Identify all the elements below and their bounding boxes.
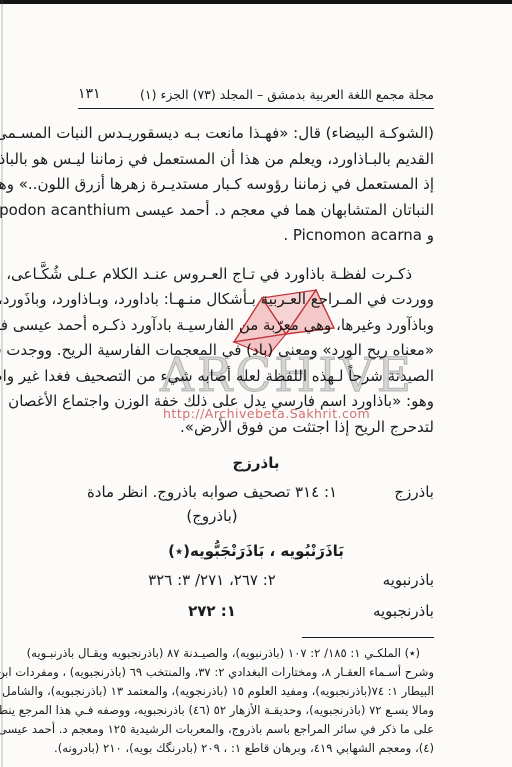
- text-line: ووردت في المـراجع العـربية بـأشكال منـهـ…: [78, 287, 434, 313]
- footnote-line: ومالا يسـع ٧٢ (باذرنجبويه)، وحديقـة الأز…: [78, 701, 434, 720]
- journal-title: مجلة مجمع اللغة العربية بدمشق – المجلد (…: [140, 87, 434, 102]
- text-line: القديم بالبـاذاورد، ويعلم من هذا أن المس…: [78, 147, 434, 173]
- page-number: ١٣١: [78, 86, 101, 102]
- footnote-line: البيطار ١: ٧٤(باذرنجبويه)، ومفيد العلوم …: [78, 682, 434, 701]
- text-line: الصيدنة شرحاً لـهذه اللفظة لعله أصابه شي…: [78, 364, 434, 390]
- scanned-document-page: مجلة مجمع اللغة العربية بدمشق – المجلد (…: [0, 0, 512, 767]
- paragraph-2: ذكـرت لفظـة باذاورد في تـاج العـروس عنـد…: [78, 262, 434, 441]
- footnote-line: على ما ذكر في سائر المراجع باسم باذروج، …: [78, 720, 434, 739]
- text-line: ذكـرت لفظـة باذاورد في تـاج العـروس عنـد…: [78, 262, 434, 288]
- text-line: النباتان المتشابهان هما في معجم د. أحمد …: [78, 198, 434, 224]
- entry-term: باذرنبويه: [346, 568, 434, 592]
- text-line: وهو: «باذاورد اسم فارسي يدل على ذلك خفة …: [78, 389, 434, 415]
- entry-references: ٢: ٢٦٧، ٢٧١/ ٣: ٣٢٦: [78, 568, 346, 592]
- scan-edge-top: [0, 0, 512, 4]
- footnote-line: (٤)، ومعجم الشهابي ٤١٩، وبرهان قاطع ١: ،…: [78, 739, 434, 758]
- entry-term: باذرزج: [346, 480, 434, 504]
- text-line: إذ المستعمل في زماننا رؤوسه كـبار مستديـ…: [78, 172, 434, 198]
- entry-term: باذرنجبويه: [346, 599, 434, 623]
- text-line: و Picnomon acarna .: [78, 223, 434, 249]
- footnote-line: (٭) الملكـي ١: ١٨٥/ ٢: ١٠٧ (باذرنبويه)، …: [78, 644, 434, 663]
- entry-heading-badhranbuyah: بَاذَرَنْبُويه ، بَاذَرَنْجَبُّويه(٭): [78, 542, 434, 560]
- dictionary-entry-row: باذرنجبويه ١: ٢٧٢: [78, 599, 434, 623]
- text-line: وباذآورد وغيرها، وهي معرّبة من الفارسيـة…: [78, 313, 434, 339]
- dictionary-entry-row: باذرنبويه ٢: ٢٦٧، ٢٧١/ ٣: ٣٢٦: [78, 568, 434, 592]
- text-line: «معناه ريح الورد» ومعنى (باد) في المعجما…: [78, 338, 434, 364]
- footnote-line: وشرح أسـماء العقـار ٨، ومختارات البغدادي…: [78, 663, 434, 682]
- entry-heading-badhrazaj: باذرزج: [78, 454, 434, 472]
- page-content: مجلة مجمع اللغة العربية بدمشق – المجلد (…: [78, 86, 434, 758]
- entry-references: ١: ٣١٤ تصحيف صوابه باذروج. انظر مادة (با…: [78, 480, 346, 528]
- dictionary-entry-row: باذرزج ١: ٣١٤ تصحيف صوابه باذروج. انظر م…: [78, 480, 434, 528]
- header-rule: [78, 108, 434, 109]
- footnotes: (٭) الملكـي ١: ١٨٥/ ٢: ١٠٧ (باذرنبويه)، …: [78, 644, 434, 758]
- footnote-separator: [302, 637, 434, 638]
- entry-references: ١: ٢٧٢: [78, 599, 346, 623]
- text-line: (الشوكـة البيضاء) قال: «فهـذا مانعت بـه …: [78, 121, 434, 147]
- text-line: لتدحرج الريح إذا اجتثت من فوق الأرض».: [78, 415, 434, 441]
- paragraph-1: (الشوكـة البيضاء) قال: «فهـذا مانعت بـه …: [78, 121, 434, 249]
- page-header: مجلة مجمع اللغة العربية بدمشق – المجلد (…: [78, 86, 434, 108]
